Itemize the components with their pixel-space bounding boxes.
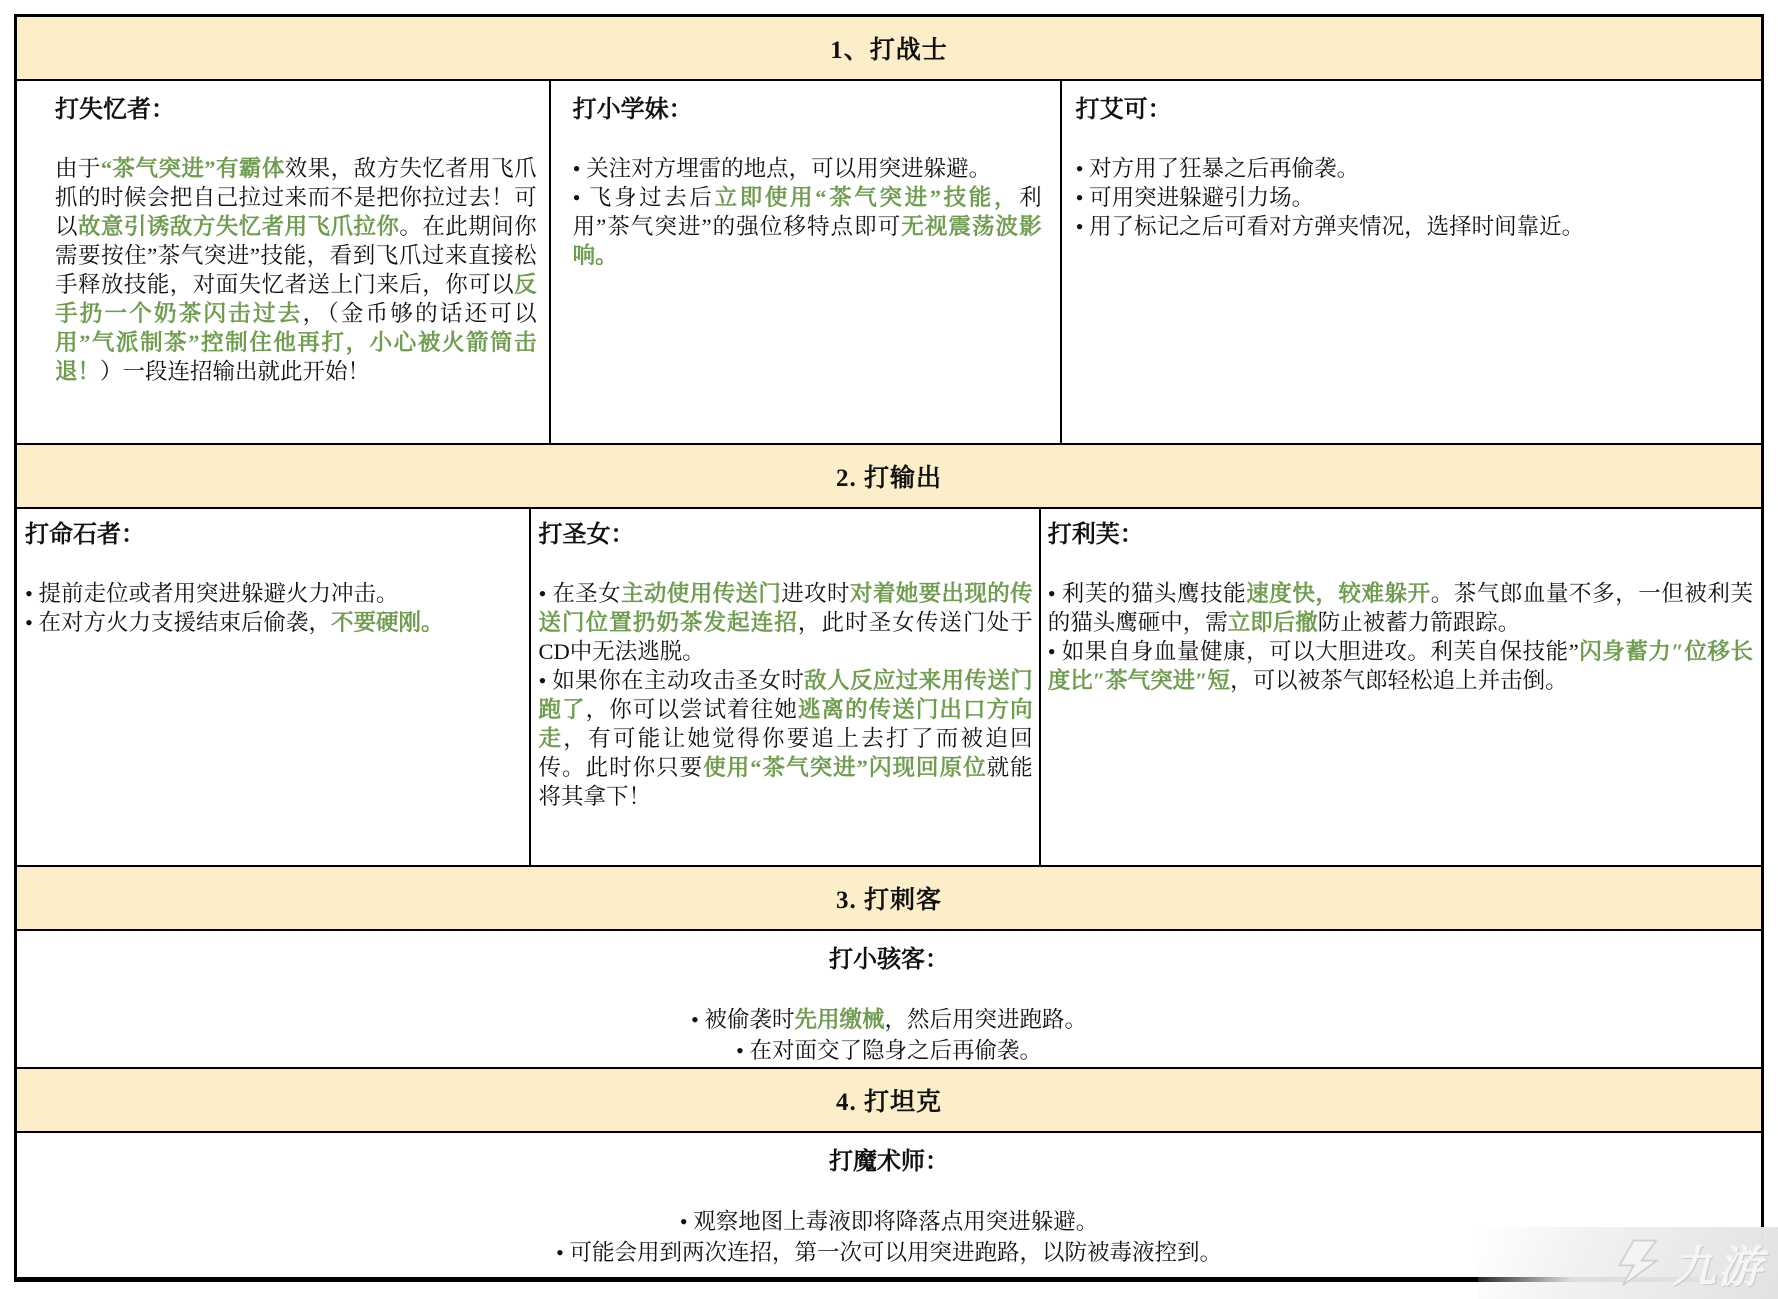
text-run: • 飞身过去后 bbox=[573, 185, 715, 210]
cell-aike-body: • 对方用了狂暴之后再偷袭。• 可用突进躲避引力场。• 用了标记之后可看对方弹夹… bbox=[1076, 154, 1745, 241]
text-run: • 在对面交了隐身之后再偷袭。 bbox=[736, 1038, 1042, 1063]
section-header-assassin: 3. 打刺客 bbox=[17, 867, 1761, 931]
watermark-text: 九游 bbox=[1672, 1231, 1764, 1295]
section-assassin-row: 打小骇客： • 被偷袭时先用缴械，然后用突进跑路。• 在对面交了隐身之后再偷袭。 bbox=[17, 931, 1761, 1069]
text-run: • 关注对方埋雷的地点，可以用突进躲避。 bbox=[573, 156, 992, 181]
text-run: • 被偷袭时 bbox=[691, 1007, 795, 1032]
cell-schoolgirl-title: 打小学妹： bbox=[573, 89, 1042, 124]
guide-table: 1、打战士 打失忆者： 由于“茶气突进”有霸体效果，敌方失忆者用飞爪抓的时候会把… bbox=[14, 14, 1764, 1282]
text-run: • 用了标记之后可看对方弹夹情况，选择时间靠近。 bbox=[1076, 214, 1585, 239]
text-run-highlight: 主动使用传送门 bbox=[621, 581, 781, 606]
paragraph: • 可用突进躲避引力场。 bbox=[1076, 183, 1745, 212]
cell-aike: 打艾可： • 对方用了狂暴之后再偷袭。• 可用突进躲避引力场。• 用了标记之后可… bbox=[1062, 81, 1761, 443]
text-run: • 利芙的猫头鹰技能 bbox=[1048, 581, 1247, 606]
paragraph: • 在圣女主动使用传送门进攻时对着她要出现的传送门位置扔奶茶发起连招，此时圣女传… bbox=[538, 579, 1032, 666]
paragraph: • 在对方火力支援结束后偷袭，不要硬刚。 bbox=[25, 608, 519, 637]
section-header-dps-title: 2. 打输出 bbox=[836, 458, 942, 494]
text-run: • 在对方火力支援结束后偷袭， bbox=[25, 610, 331, 635]
text-run: • 观察地图上毒液即将降落点用突进躲避。 bbox=[680, 1209, 1099, 1234]
cell-amnesiac-title: 打失忆者： bbox=[55, 89, 537, 124]
section-header-dps: 2. 打输出 bbox=[17, 445, 1761, 509]
text-run: 由于 bbox=[55, 156, 101, 181]
cell-mingshizhe-body: • 提前走位或者用突进躲避火力冲击。• 在对方火力支援结束后偷袭，不要硬刚。 bbox=[25, 579, 519, 637]
cell-mingshizhe-title: 打命石者： bbox=[25, 514, 519, 549]
text-run-highlight: “茶气突进”有霸体 bbox=[101, 156, 285, 181]
text-run-highlight: 先用缴械 bbox=[794, 1007, 884, 1032]
text-run-highlight: 使用“茶气突进”闪现回原位 bbox=[703, 755, 986, 780]
text-run-highlight: 速度快，较难躲开 bbox=[1246, 581, 1430, 606]
section-header-warrior-title: 1、打战士 bbox=[830, 30, 948, 66]
text-run-highlight: 故意引诱敌方失忆者用飞爪拉你 bbox=[78, 214, 399, 239]
text-run: ，（金币够的话还可以 bbox=[303, 301, 537, 326]
text-run: ）一段连招输出就此开始！ bbox=[100, 359, 370, 384]
cell-lifu-title: 打利芙： bbox=[1048, 514, 1753, 549]
text-run: ，然后用突进跑路。 bbox=[885, 1007, 1088, 1032]
text-run: • 如果你在主动攻击圣女时 bbox=[538, 668, 804, 693]
cell-lifu: 打利芙： • 利芙的猫头鹰技能速度快，较难躲开。茶气郎血量不多，一但被利芙的猫头… bbox=[1041, 509, 1761, 865]
text-run-highlight: 立即后撤 bbox=[1228, 610, 1318, 635]
text-run: ，你可以尝试着往她 bbox=[586, 697, 798, 722]
cell-shengnv-body: • 在圣女主动使用传送门进攻时对着她要出现的传送门位置扔奶茶发起连招，此时圣女传… bbox=[538, 579, 1032, 811]
text-run: • 在圣女 bbox=[538, 581, 621, 606]
cell-shengnv-title: 打圣女： bbox=[538, 514, 1032, 549]
paragraph: • 被偷袭时先用缴械，然后用突进跑路。 bbox=[47, 1004, 1731, 1035]
paragraph: • 飞身过去后立即使用“茶气突进”技能，利用”茶气突进”的强位移特点即可无视震荡… bbox=[573, 183, 1042, 270]
section-header-assassin-title: 3. 打刺客 bbox=[836, 880, 942, 916]
paragraph: • 如果你在主动攻击圣女时敌人反应过来用传送门跑了，你可以尝试着往她逃离的传送门… bbox=[538, 666, 1032, 811]
paragraph: • 对方用了狂暴之后再偷袭。 bbox=[1076, 154, 1745, 183]
cell-hacker: 打小骇客： • 被偷袭时先用缴械，然后用突进跑路。• 在对面交了隐身之后再偷袭。 bbox=[17, 931, 1761, 1067]
cell-hacker-title: 打小骇客： bbox=[47, 939, 1731, 974]
cell-schoolgirl: 打小学妹： • 关注对方埋雷的地点，可以用突进躲避。• 飞身过去后立即使用“茶气… bbox=[551, 81, 1062, 443]
paragraph: 由于“茶气突进”有霸体效果，敌方失忆者用飞爪抓的时候会把自己拉过来而不是把你拉过… bbox=[55, 154, 537, 386]
text-run-highlight: 立即使用“茶气突进”技能， bbox=[715, 185, 1020, 210]
section-header-tank-title: 4. 打坦克 bbox=[836, 1082, 942, 1118]
cell-magician-title: 打魔术师： bbox=[47, 1141, 1731, 1176]
cell-lifu-body: • 利芙的猫头鹰技能速度快，较难躲开。茶气郎血量不多，一但被利芙的猫头鹰砸中，需… bbox=[1048, 579, 1753, 695]
text-run: 进攻时 bbox=[781, 581, 850, 606]
cell-schoolgirl-body: • 关注对方埋雷的地点，可以用突进躲避。• 飞身过去后立即使用“茶气突进”技能，… bbox=[573, 154, 1042, 270]
paragraph: • 用了标记之后可看对方弹夹情况，选择时间靠近。 bbox=[1076, 212, 1745, 241]
text-run: • 可能会用到两次连招，第一次可以用突进跑路，以防被毒液控到。 bbox=[556, 1240, 1222, 1265]
text-run: • 提前走位或者用突进躲避火力冲击。 bbox=[25, 581, 399, 606]
section-warrior-row: 打失忆者： 由于“茶气突进”有霸体效果，敌方失忆者用飞爪抓的时候会把自己拉过来而… bbox=[17, 81, 1761, 445]
watermark: 九游 bbox=[1478, 1227, 1778, 1299]
paragraph: • 如果自身血量健康，可以大胆进攻。利芙自保技能”闪身蓄力″位移长度比″茶气突进… bbox=[1048, 637, 1753, 695]
cell-aike-title: 打艾可： bbox=[1076, 89, 1745, 124]
text-run: ，可以被茶气郎轻松追上并击倒。 bbox=[1230, 668, 1568, 693]
section-header-warrior: 1、打战士 bbox=[17, 17, 1761, 81]
cell-mingshizhe: 打命石者： • 提前走位或者用突进躲避火力冲击。• 在对方火力支援结束后偷袭，不… bbox=[17, 509, 531, 865]
paragraph: • 利芙的猫头鹰技能速度快，较难躲开。茶气郎血量不多，一但被利芙的猫头鹰砸中，需… bbox=[1048, 579, 1753, 637]
text-run: 防止被蓄力箭跟踪。 bbox=[1318, 610, 1521, 635]
text-run: • 如果自身血量健康，可以大胆进攻。利芙自保技能” bbox=[1048, 639, 1579, 664]
paragraph: • 在对面交了隐身之后再偷袭。 bbox=[47, 1035, 1731, 1066]
section-dps-row: 打命石者： • 提前走位或者用突进躲避火力冲击。• 在对方火力支援结束后偷袭，不… bbox=[17, 509, 1761, 867]
text-run-highlight: 不要硬刚。 bbox=[331, 610, 444, 635]
cell-hacker-body: • 被偷袭时先用缴械，然后用突进跑路。• 在对面交了隐身之后再偷袭。 bbox=[47, 1004, 1731, 1066]
cell-amnesiac-body: 由于“茶气突进”有霸体效果，敌方失忆者用飞爪抓的时候会把自己拉过来而不是把你拉过… bbox=[55, 154, 537, 386]
paragraph: • 提前走位或者用突进躲避火力冲击。 bbox=[25, 579, 519, 608]
paragraph: • 关注对方埋雷的地点，可以用突进躲避。 bbox=[573, 154, 1042, 183]
cell-amnesiac: 打失忆者： 由于“茶气突进”有霸体效果，敌方失忆者用飞爪抓的时候会把自己拉过来而… bbox=[17, 81, 551, 443]
text-run: • 可用突进躲避引力场。 bbox=[1076, 185, 1315, 210]
cell-shengnv: 打圣女： • 在圣女主动使用传送门进攻时对着她要出现的传送门位置扔奶茶发起连招，… bbox=[531, 509, 1040, 865]
text-run: • 对方用了狂暴之后再偷袭。 bbox=[1076, 156, 1360, 181]
section-header-tank: 4. 打坦克 bbox=[17, 1069, 1761, 1133]
jiuyou-logo-icon bbox=[1610, 1237, 1669, 1289]
